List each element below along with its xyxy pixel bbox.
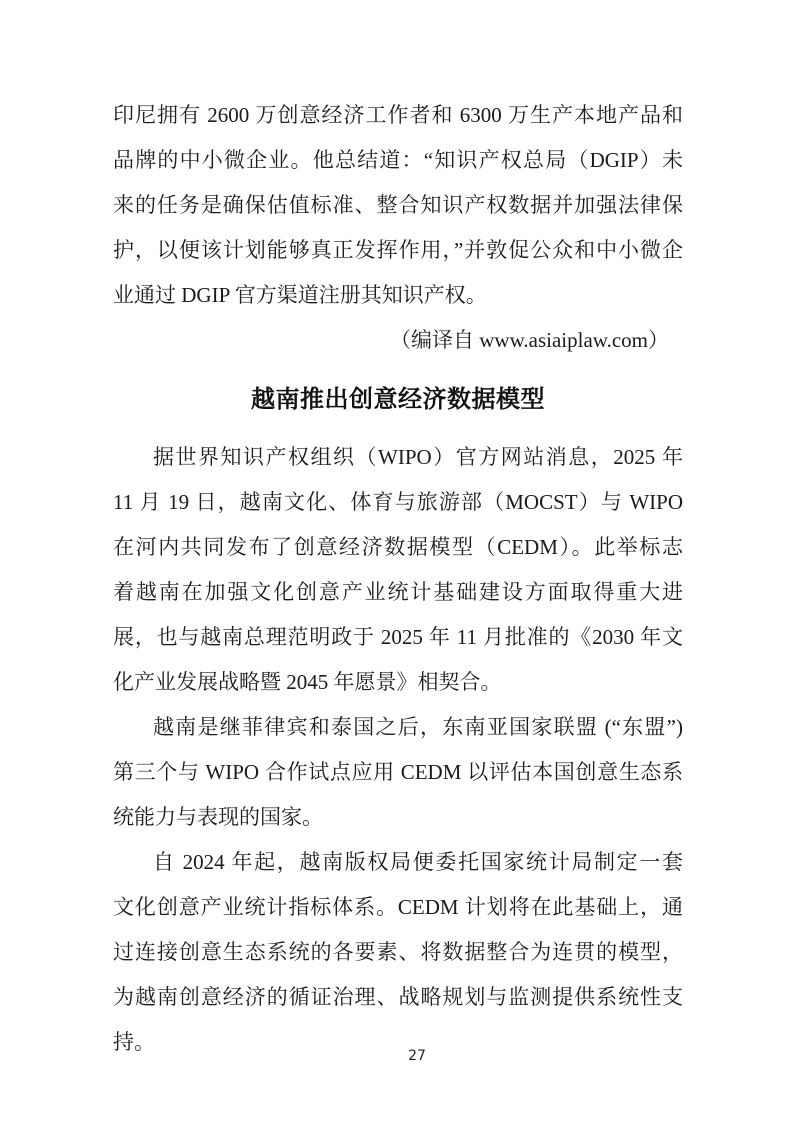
article-body: 据世界知识产权组织（WIPO）官方网站消息，2025 年11 月 19 日，越南…	[113, 435, 683, 1065]
text-line: 越南是继菲律宾和泰国之后，东南亚国家联盟 (“东盟”)	[113, 705, 683, 750]
text-line: 文化创意产业统计指标体系。CEDM 计划将在此基础上，通	[113, 885, 683, 930]
paragraph: 越南是继菲律宾和泰国之后，东南亚国家联盟 (“东盟”)第三个与 WIPO 合作试…	[113, 705, 683, 840]
article-title: 越南推出创意经济数据模型	[113, 377, 683, 423]
text-line: 着越南在加强文化创意产业统计基础建设方面取得重大进	[113, 570, 683, 615]
text-line: 11 月 19 日，越南文化、体育与旅游部（MOCST）与 WIPO	[113, 480, 683, 525]
paragraph: 据世界知识产权组织（WIPO）官方网站消息，2025 年11 月 19 日，越南…	[113, 435, 683, 705]
text-line: 统能力与表现的国家。	[113, 795, 683, 840]
text-line: 展，也与越南总理范明政于 2025 年 11 月批准的《2030 年文	[113, 615, 683, 660]
previous-article-tail: 印尼拥有 2600 万创意经济工作者和 6300 万生产本地产品和品牌的中小微企…	[113, 93, 683, 363]
article-paragraphs: 据世界知识产权组织（WIPO）官方网站消息，2025 年11 月 19 日，越南…	[113, 435, 683, 1065]
text-line: 品牌的中小微企业。他总结道：“知识产权总局（DGIP）未	[113, 138, 683, 183]
document-page: 印尼拥有 2600 万创意经济工作者和 6300 万生产本地产品和品牌的中小微企…	[0, 0, 793, 1122]
attribution-line: （编译自 www.asiaiplaw.com）	[113, 318, 683, 363]
text-line: 业通过 DGIP 官方渠道注册其知识产权。	[113, 273, 683, 318]
text-line: 过连接创意生态系统的各要素、将数据整合为连贯的模型，	[113, 930, 683, 975]
text-line: 印尼拥有 2600 万创意经济工作者和 6300 万生产本地产品和	[113, 93, 683, 138]
text-line: 为越南创意经济的循证治理、战略规划与监测提供系统性支	[113, 975, 683, 1020]
text-line: 自 2024 年起，越南版权局便委托国家统计局制定一套	[113, 840, 683, 885]
text-line: 来的任务是确保估值标准、整合知识产权数据并加强法律保	[113, 183, 683, 228]
previous-article-lines: 印尼拥有 2600 万创意经济工作者和 6300 万生产本地产品和品牌的中小微企…	[113, 93, 683, 318]
text-line: 持。	[113, 1020, 683, 1065]
page-number: 27	[408, 1048, 426, 1064]
text-line: 护，以便该计划能够真正发挥作用，”并敦促公众和中小微企	[113, 228, 683, 273]
text-line: 据世界知识产权组织（WIPO）官方网站消息，2025 年	[113, 435, 683, 480]
paragraph: 自 2024 年起，越南版权局便委托国家统计局制定一套文化创意产业统计指标体系。…	[113, 840, 683, 1065]
text-line: 化产业发展战略暨 2045 年愿景》相契合。	[113, 660, 683, 705]
text-line: 在河内共同发布了创意经济数据模型（CEDM）。此举标志	[113, 525, 683, 570]
text-line: 第三个与 WIPO 合作试点应用 CEDM 以评估本国创意生态系	[113, 750, 683, 795]
page-content: 印尼拥有 2600 万创意经济工作者和 6300 万生产本地产品和品牌的中小微企…	[113, 93, 683, 1065]
